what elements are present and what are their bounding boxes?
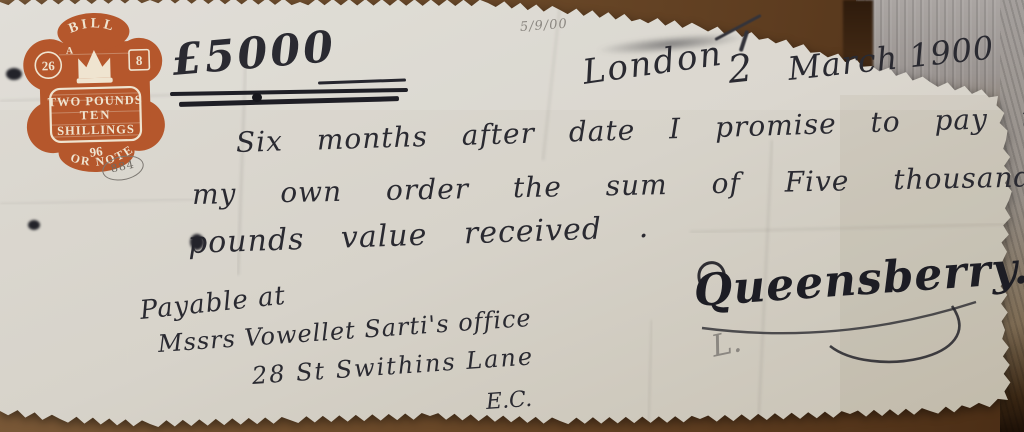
dateline-day: 2 [726,46,755,92]
ink-speck-2 [28,220,40,230]
payable-district-line: E.C. [485,387,533,415]
stamp-right-number: 8 [136,53,143,68]
stamp-duty-line1: TWO POUNDS [48,93,143,109]
crown-band [77,78,113,84]
stamp-series-number: 26 [42,58,56,73]
stamp-series-letter: A [66,46,74,57]
revenue-stamp: BILL A 26 8 TWO POUNDS TEN SHILLINGS 96 … [18,2,173,182]
photograph-of-promissory-note: BILL A 26 8 TWO POUNDS TEN SHILLINGS 96 … [0,0,1024,432]
ink-speck-3 [190,234,204,250]
stamp-duty-line2: TEN [80,108,112,123]
ink-blot [252,93,262,102]
stamp-duty-line3: SHILLINGS [57,122,135,138]
ink-speck [6,68,22,80]
